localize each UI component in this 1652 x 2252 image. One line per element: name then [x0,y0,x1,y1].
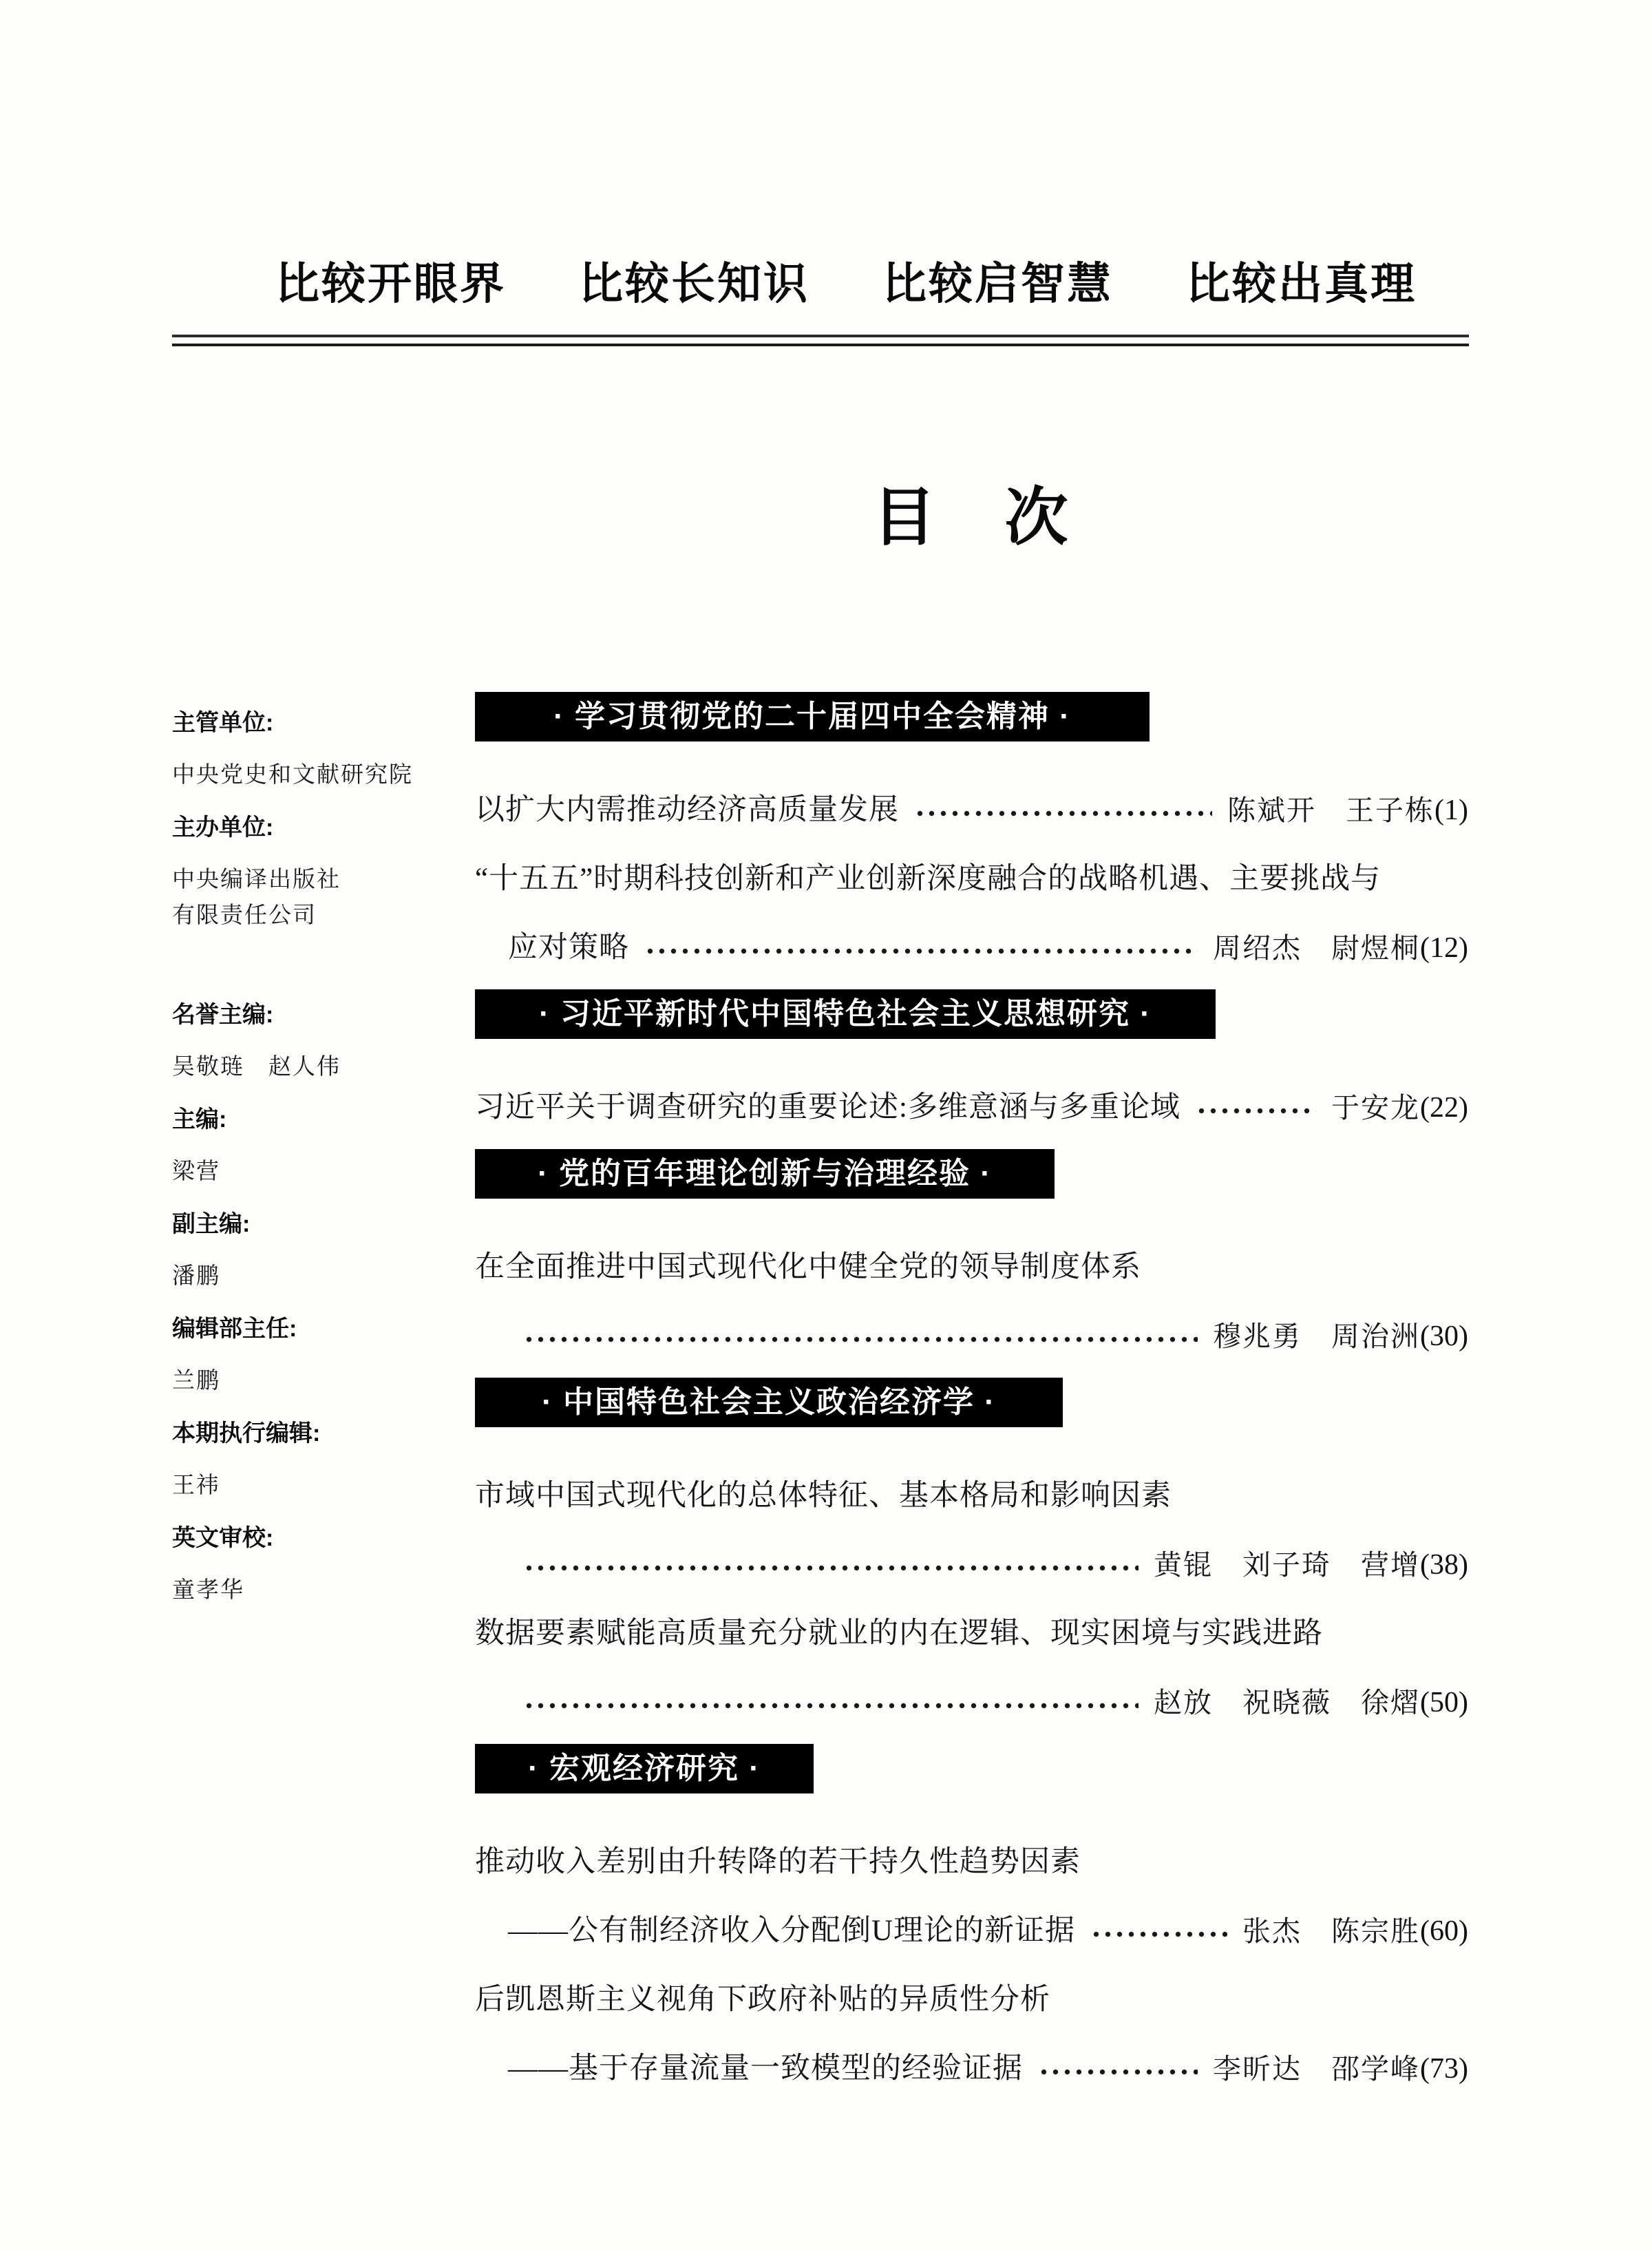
article-authors: 于安龙 [1331,1087,1420,1128]
section-header: · 习近平新时代中国特色社会主义思想研究 · [475,989,1216,1039]
toc-entry-title-line: 后凯恩斯主义视角下政府补贴的异质性分析 [475,1979,1468,2021]
article-authors: 穆兆勇 周治洲 [1213,1316,1420,1357]
masthead-label: 副主编: [172,1210,461,1238]
article-authors: 张杰 陈宗胜 [1242,1911,1420,1952]
masthead-label: 名誉主编: [172,1001,461,1029]
journal-contents-page: 比较开眼界 比较长知识 比较启智慧 比较出真理 目 次 主管单位: 中央党史和文… [0,0,1652,2252]
article-authors: 黄锟 刘子琦 营增 [1154,1544,1420,1586]
toc-entry-leader-line: 赵放 祝晓薇 徐熠 (50) [475,1682,1468,1723]
article-page-number: (73) [1420,2048,1468,2090]
article-authors: 李昕达 邵学峰 [1213,2048,1420,2090]
dot-leader [1038,2069,1198,2075]
masthead-value: 兰鹏 [172,1367,461,1395]
masthead-value: 梁营 [172,1158,461,1186]
dot-leader [523,1703,1139,1709]
toc-entry-subtitle-line: ——公有制经济收入分配倒U理论的新证据 张杰 陈宗胜 (60) [475,1911,1468,1952]
masthead-label: 主办单位: [172,814,461,841]
article-title: 市域中国式现代化的总体特征、基本格局和影响因素 [475,1475,1172,1517]
dot-leader [1090,1931,1227,1937]
masthead-column: 主管单位: 中央党史和文献研究院 主办单位: 中央编译出版社 有限责任公司 名誉… [172,709,461,1629]
masthead-label: 本期执行编辑: [172,1420,461,1447]
masthead-value: 有限责任公司 [172,902,461,929]
toc-entry-leader-line: 黄锟 刘子琦 营增 (38) [475,1544,1468,1586]
masthead-value: 吴敬琏 赵人伟 [172,1053,461,1081]
toc-entry: 习近平关于调查研究的重要论述:多维意涵与多重论域 于安龙 (22) [475,1087,1468,1128]
article-page-number: (30) [1420,1316,1468,1357]
article-title: 数据要素赋能高质量充分就业的内在逻辑、现实困境与实践进路 [475,1613,1323,1654]
double-rule-divider [172,335,1469,346]
slogan-item: 比较出真理 [1186,262,1417,306]
article-subtitle: ——基于存量流量一致模型的经验证据 [475,2048,1023,2090]
toc-entry-title-line: “十五五”时期科技创新和产业创新深度融合的战略机遇、主要挑战与 [475,859,1468,900]
masthead-value: 中央编译出版社 [172,866,461,894]
toc-entry-title-line: 在全面推进中国式现代化中健全党的领导制度体系 [475,1247,1468,1288]
masthead-label: 主管单位: [172,709,461,737]
masthead-label: 英文审校: [172,1524,461,1552]
article-page-number: (1) [1434,790,1468,831]
toc-entry-title-line: 市域中国式现代化的总体特征、基本格局和影响因素 [475,1475,1468,1517]
article-page-number: (22) [1420,1087,1468,1128]
article-title: 后凯恩斯主义视角下政府补贴的异质性分析 [475,1979,1050,2021]
article-page-number: (12) [1420,927,1468,969]
section-header: · 中国特色社会主义政治经济学 · [475,1378,1063,1427]
slogan-item: 比较长知识 [579,262,809,306]
dot-leader [523,1336,1198,1343]
dot-leader [523,1565,1139,1571]
article-authors: 周绍杰 尉煜桐 [1213,927,1420,969]
toc-entry-subtitle-line: 应对策略 周绍杰 尉煜桐 (12) [475,927,1468,969]
article-subtitle: 应对策略 [475,927,629,969]
article-page-number: (60) [1420,1911,1468,1952]
article-authors: 赵放 祝晓薇 徐熠 [1154,1682,1420,1723]
masthead-label: 主编: [172,1106,461,1133]
article-title: 推动收入差别由升转降的若干持久性趋势因素 [475,1842,1081,1883]
article-page-number: (50) [1420,1682,1468,1723]
article-title: “十五五”时期科技创新和产业创新深度融合的战略机遇、主要挑战与 [475,859,1381,900]
toc-column: · 学习贯彻党的二十届四中全会精神 · 以扩大内需推动经济高质量发展 陈斌开 王… [475,692,1468,2090]
masthead-value: 王祎 [172,1472,461,1499]
article-authors: 陈斌开 王子栋 [1227,790,1434,831]
article-title: 以扩大内需推动经济高质量发展 [475,790,899,831]
article-title: 习近平关于调查研究的重要论述:多维意涵与多重论域 [475,1087,1180,1128]
toc-entry-title-line: 数据要素赋能高质量充分就业的内在逻辑、现实困境与实践进路 [475,1613,1468,1654]
masthead-label: 编辑部主任: [172,1315,461,1343]
masthead-value: 童孝华 [172,1577,461,1604]
section-header: · 宏观经济研究 · [475,1744,814,1793]
toc-entry-leader-line: 穆兆勇 周治洲 (30) [475,1316,1468,1357]
slogan-item: 比较启智慧 [882,262,1113,306]
article-subtitle: ——公有制经济收入分配倒U理论的新证据 [475,1911,1075,1952]
dot-leader [914,810,1212,817]
page-title: 目 次 [475,486,1468,549]
dot-leader [1196,1108,1316,1114]
masthead-value: 潘鹏 [172,1263,461,1290]
toc-entry-title-line: 推动收入差别由升转降的若干持久性趋势因素 [475,1842,1468,1883]
article-title: 在全面推进中国式现代化中健全党的领导制度体系 [475,1247,1141,1288]
slogan-item: 比较开眼界 [275,262,506,306]
toc-entry-subtitle-line: ——基于存量流量一致模型的经验证据 李昕达 邵学峰 (73) [475,2048,1468,2090]
dot-leader [644,948,1198,954]
article-page-number: (38) [1420,1544,1468,1586]
section-header: · 党的百年理论创新与治理经验 · [475,1149,1055,1199]
slogan-row: 比较开眼界 比较长知识 比较启智慧 比较出真理 [275,262,1417,306]
masthead-value: 中央党史和文献研究院 [172,761,461,789]
toc-entry: 以扩大内需推动经济高质量发展 陈斌开 王子栋 (1) [475,790,1468,831]
section-header: · 学习贯彻党的二十届四中全会精神 · [475,692,1150,741]
